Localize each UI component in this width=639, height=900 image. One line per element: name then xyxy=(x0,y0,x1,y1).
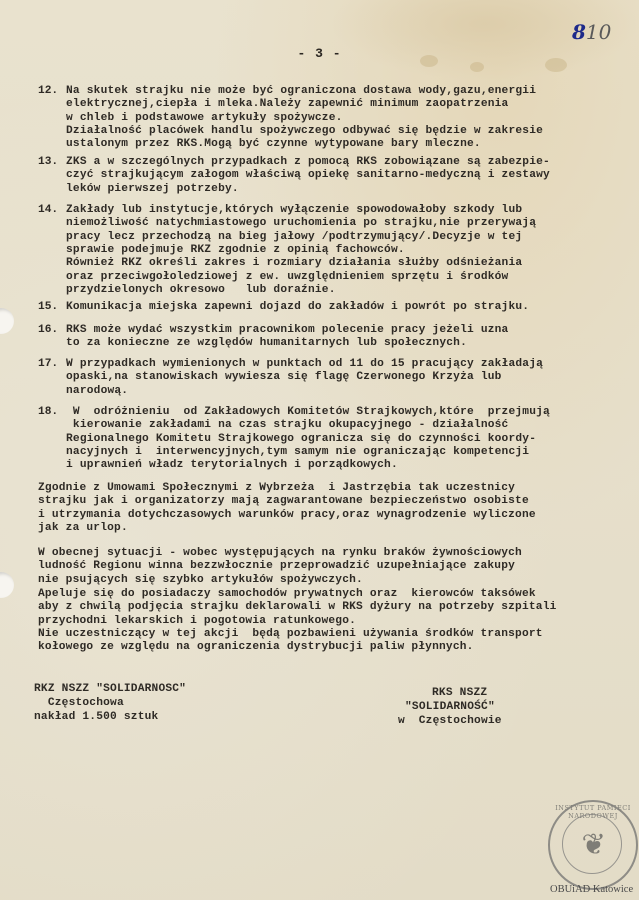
point-text-line: RKS może wydać wszystkim pracownikom pol… xyxy=(66,324,508,337)
paragraph-text-line: Apeluje się do posiadaczy samochodów pry… xyxy=(38,588,536,601)
paragraph-text-line: kołowego ze względu na ograniczenia dyst… xyxy=(38,641,474,654)
stain-spot xyxy=(470,62,484,72)
paragraph-text-line: ludność Regionu winna bezzwłocznie przep… xyxy=(38,560,515,573)
handwritten-note-pencil: 10 xyxy=(586,20,611,44)
eagle-icon: ❦ xyxy=(550,820,636,870)
point-text-line: W przypadkach wymienionych w punktach od… xyxy=(66,358,543,371)
point-text-line: oraz przeciwgołoledziowej z ew. uwzględn… xyxy=(66,271,508,284)
point-number: 18. xyxy=(38,406,58,418)
point-text-line: leków pierwszej potrzeby. xyxy=(66,183,239,196)
page-number: - 3 - xyxy=(0,46,639,61)
paragraph-text-line: przychodni lekarskich i pogotowia ratunk… xyxy=(38,615,356,628)
point-text-line: pracy lecz przechodzą na bieg jałowy /po… xyxy=(66,231,522,244)
point-text-line: to za konieczne ze względów humanitarnyc… xyxy=(66,337,467,350)
signature-right-line2: "SOLIDARNOŚĆ" xyxy=(405,701,495,714)
point-number: 17. xyxy=(38,358,58,370)
handwritten-note-blue: 8 xyxy=(572,20,586,44)
point-text-line: Regionalnego Komitetu Strajkowego ograni… xyxy=(66,433,536,446)
point-text-line: elektrycznej,ciepła i mleka.Należy zapew… xyxy=(66,98,508,111)
handwritten-note: 810 xyxy=(572,20,611,44)
point-text-line: Również RKZ określi zakres i rozmiary dz… xyxy=(66,257,522,270)
point-number: 15. xyxy=(38,301,58,313)
point-text-line: i uprawnień władz terytorialnych i porzą… xyxy=(66,459,398,472)
signature-left-line1: RKZ NSZZ "SOLIDARNOSC" xyxy=(34,683,186,696)
paragraph-text-line: strajku jak i organizatorzy mają zagwara… xyxy=(38,495,529,508)
point-text-line: kierowanie zakładami na czas strajku oku… xyxy=(66,419,508,432)
point-text-line: narodową. xyxy=(66,385,128,398)
point-text-line: Działalność placówek handlu spożywczego … xyxy=(66,125,543,138)
signature-left-line2: Częstochowa xyxy=(34,697,124,710)
point-text-line: Komunikacja miejska zapewni dojazd do za… xyxy=(66,301,529,314)
point-number: 13. xyxy=(38,156,58,168)
paragraph-text-line: jak za urlop. xyxy=(38,522,128,535)
point-text-line: niemożliwość natychmiastowego uruchomien… xyxy=(66,217,536,230)
signature-left-line3: nakład 1.500 sztuk xyxy=(34,711,158,724)
point-text-line: ZKS a w szczególnych przypadkach z pomoc… xyxy=(66,156,550,169)
paragraph-text-line: nie psujących się szybko artykułów spoży… xyxy=(38,574,363,587)
point-number: 16. xyxy=(38,324,58,336)
punch-hole xyxy=(0,572,14,598)
archive-label: OBUiAD Katowice xyxy=(550,884,633,895)
point-text-line: ustalonym przez RKS.Mogą być czynne wyty… xyxy=(66,138,481,151)
point-text-line: W odróżnieniu od Zakładowych Komitetów S… xyxy=(66,406,550,419)
signature-right-line3: w Częstochowie xyxy=(398,715,502,728)
point-text-line: przydzielonych okresowo lub doraźnie. xyxy=(66,284,336,297)
paragraph-text-line: i utrzymania dotychczasowych warunków pr… xyxy=(38,509,536,522)
paragraph-text-line: Zgodnie z Umowami Społecznymi z Wybrzeża… xyxy=(38,482,515,495)
point-number: 14. xyxy=(38,204,58,216)
point-text-line: opaski,na stanowiskach wywiesza się flag… xyxy=(66,371,502,384)
point-text-line: Na skutek strajku nie może być ograniczo… xyxy=(66,85,536,98)
point-text-line: nacyjnych i interwencyjnych,tym samym ni… xyxy=(66,446,529,459)
paragraph-text-line: W obecnej sytuacji - wobec występujących… xyxy=(38,547,522,560)
paragraph-text-line: aby z chwilą podjęcia strajku deklarowal… xyxy=(38,601,557,614)
point-text-line: Zakłady lub instytucje,których wyłączeni… xyxy=(66,204,522,217)
punch-hole xyxy=(0,308,14,334)
ipn-stamp: INSTYTUT PAMIĘCI NARODOWEJ ❦ xyxy=(548,800,638,890)
point-text-line: sprawie podejmuje RKZ zgodnie z opinią f… xyxy=(66,244,405,257)
stamp-ring-text: INSTYTUT PAMIĘCI NARODOWEJ xyxy=(550,804,636,820)
point-text-line: czyć strajkującym załogom właściwą opiek… xyxy=(66,169,550,182)
point-number: 12. xyxy=(38,85,58,97)
signature-right-line1: RKS NSZZ xyxy=(432,687,487,700)
paragraph-text-line: Nie uczestniczący w tej akcji będą pozba… xyxy=(38,628,543,641)
point-text-line: w chleb i podstawowe artykuły spożywcze. xyxy=(66,112,343,125)
